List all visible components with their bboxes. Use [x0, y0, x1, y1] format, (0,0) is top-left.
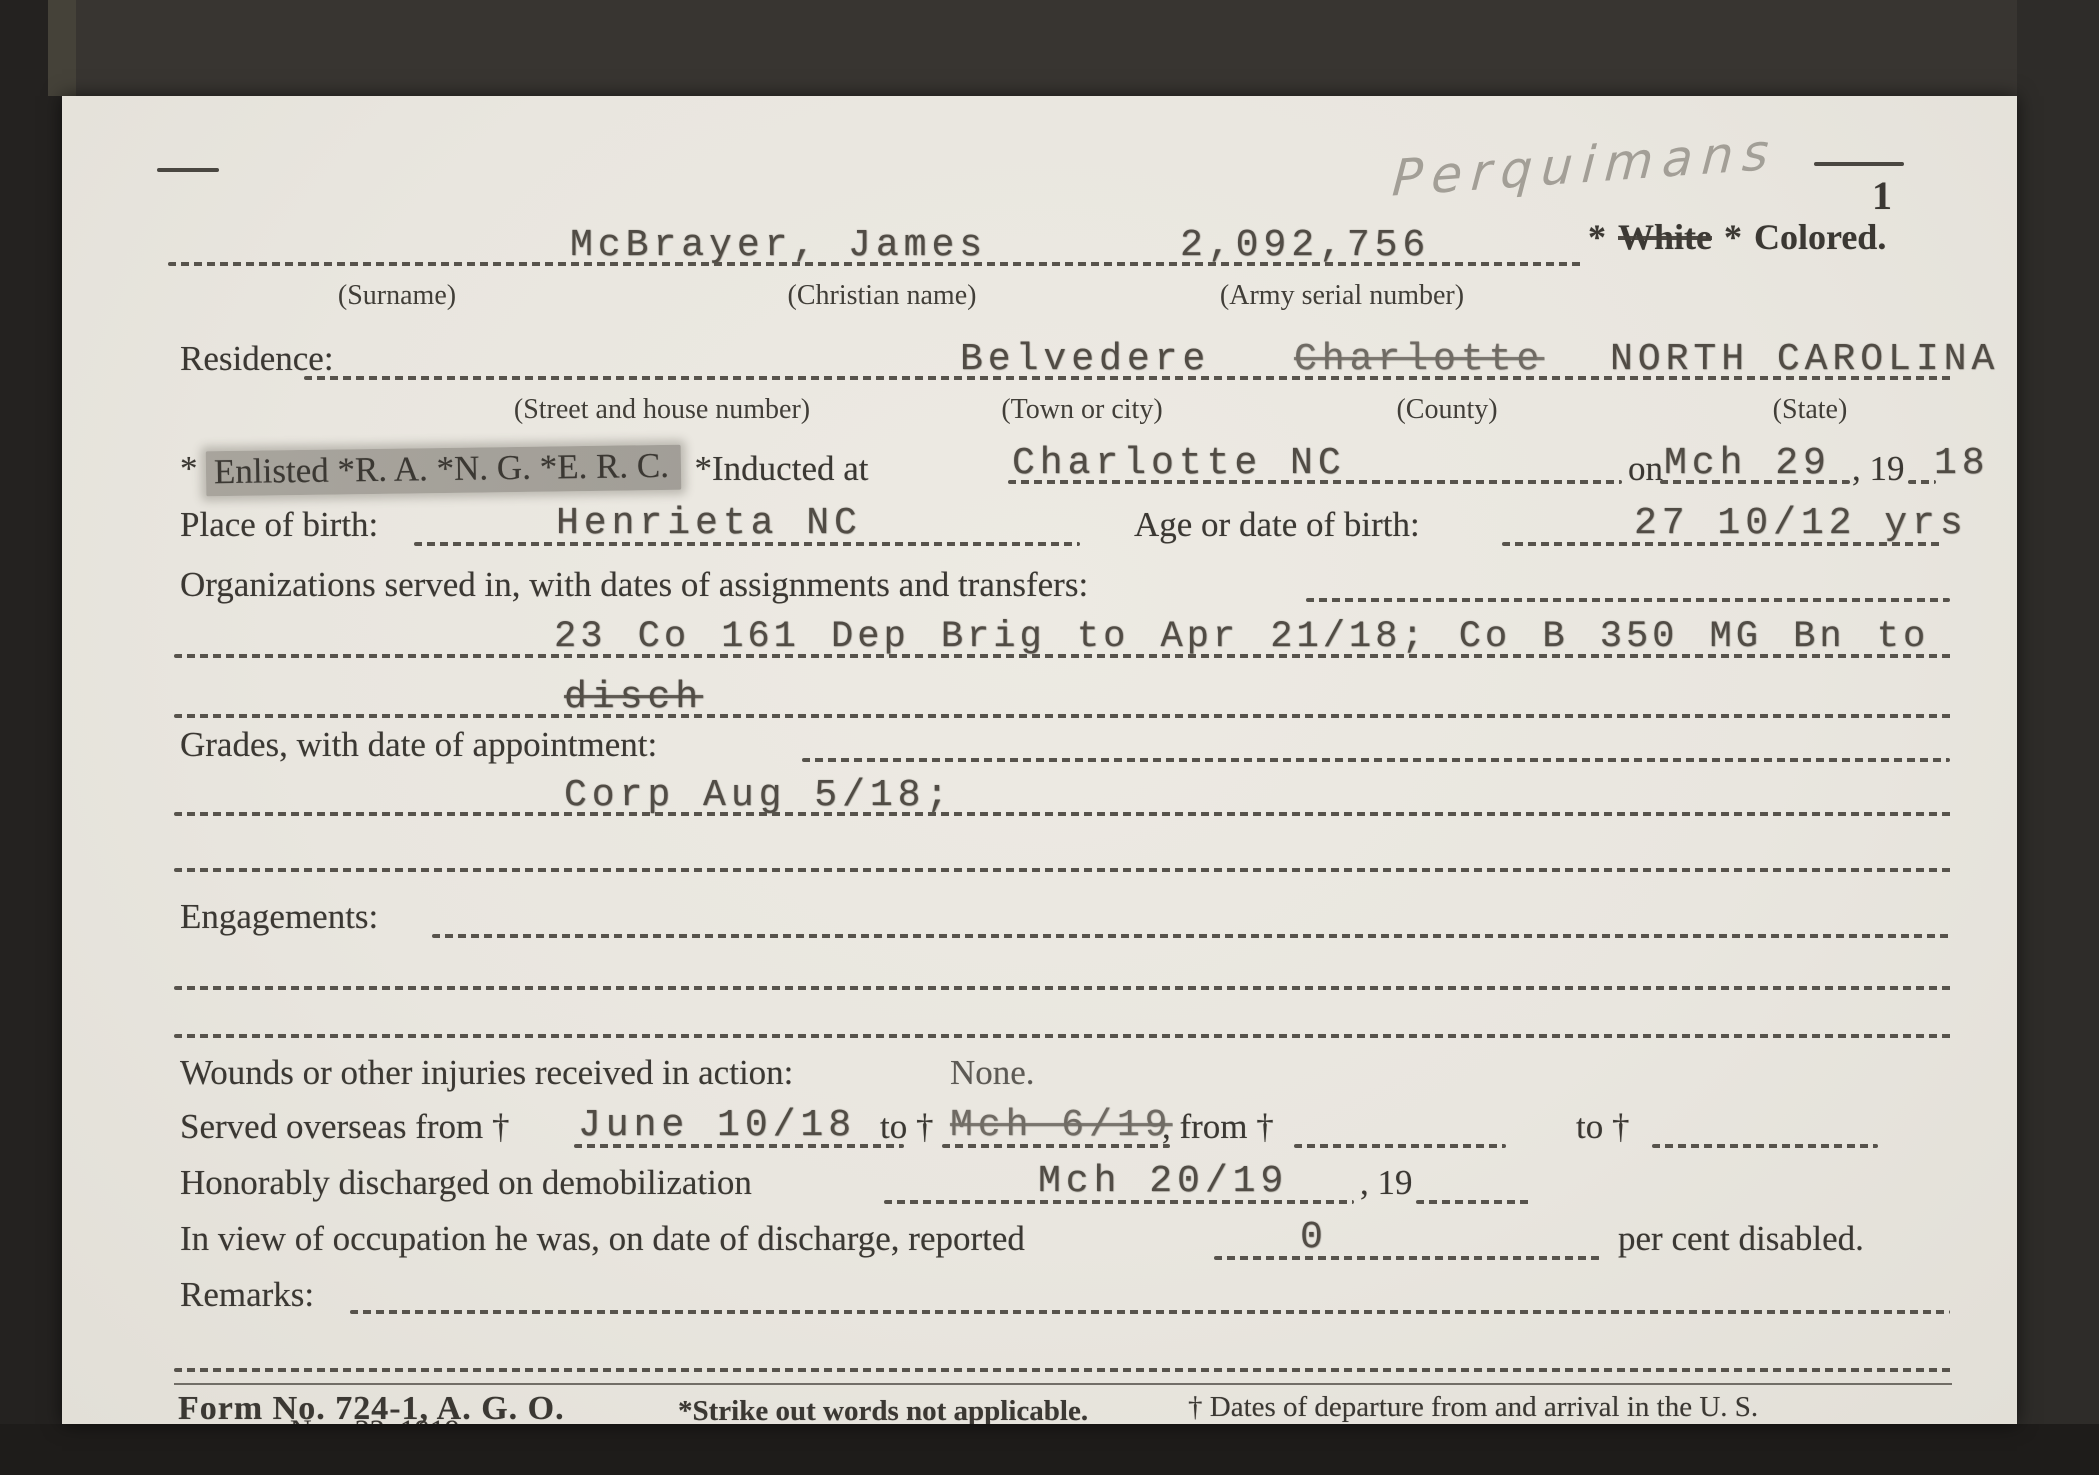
discharge-label: Honorably discharged on demobilization — [180, 1164, 752, 1203]
scan-border-top — [0, 0, 2099, 96]
age-label: Age or date of birth: — [1134, 506, 1420, 545]
disability-underline — [1214, 1256, 1600, 1260]
overseas-from2-underline — [1294, 1144, 1506, 1148]
grades-value-underline — [174, 812, 1952, 816]
overseas-from1-value: June 10/18 — [578, 1104, 856, 1147]
induction-date-value: Mch 29 — [1664, 442, 1831, 485]
scan-border-right — [2017, 0, 2099, 1475]
overseas-to1-struck: Mch 6/19 — [950, 1104, 1172, 1147]
organizations-label: Organizations served in, with dates of a… — [180, 566, 1088, 605]
christian-name-caption: (Christian name) — [752, 280, 1012, 312]
race-star-1: * — [1588, 217, 1606, 257]
remarks-label: Remarks: — [180, 1276, 314, 1315]
surname-caption: (Surname) — [282, 280, 512, 312]
residence-county-struck: Charlotte — [1294, 338, 1544, 381]
induction-year-prefix: , 19 — [1852, 450, 1905, 489]
induction-date-underline — [1660, 480, 1850, 484]
induction-year-underline — [1908, 480, 1936, 484]
overseas-to1-label: to † — [880, 1108, 933, 1147]
scanned-service-record: { "annotations": { "handwritten_county":… — [0, 0, 2099, 1475]
birth-place-value: Henrieta NC — [556, 502, 862, 545]
age-value: 27 10/12 yrs — [1634, 502, 1968, 545]
wounds-value: None. — [950, 1054, 1035, 1093]
top-left-mark — [157, 168, 219, 172]
disability-value: 0 — [1300, 1216, 1328, 1259]
enlistment-options: *Enlisted *R. A. *N. G. *E. R. C.*Induct… — [180, 448, 869, 493]
scan-border-left-light — [48, 0, 76, 96]
overseas-to2-underline — [1652, 1144, 1878, 1148]
race-colored: Colored. — [1754, 217, 1886, 257]
name-value: McBrayer, James — [570, 224, 987, 267]
remarks-underline — [350, 1310, 1950, 1314]
inducted-at-label: *Inducted at — [695, 449, 869, 488]
serial-number-value: 2,092,756 — [1180, 224, 1430, 267]
departure-dates-note: † Dates of departure from and arrival in… — [1188, 1392, 1758, 1424]
state-caption: (State) — [1710, 394, 1910, 426]
induction-on-label: on — [1628, 450, 1663, 489]
birth-place-label: Place of birth: — [180, 506, 378, 545]
overseas-to2-label: to † — [1576, 1108, 1629, 1147]
wounds-label: Wounds or other injuries received in act… — [180, 1054, 793, 1093]
induction-place-underline — [1008, 480, 1622, 484]
overseas-label: Served overseas from † — [180, 1108, 509, 1147]
county-caption: (County) — [1347, 394, 1547, 426]
organizations-line1-underline — [174, 654, 1952, 658]
organizations-line1-value: 23 Co 161 Dep Brig to Apr 21/18; Co B 35… — [554, 616, 1929, 658]
handwritten-county: Perquimans — [1390, 122, 1779, 207]
scan-border-bottom — [0, 1424, 2099, 1475]
serial-number-caption: (Army serial number) — [1192, 280, 1492, 312]
disability-suffix: per cent disabled. — [1618, 1220, 1864, 1259]
race-selection: *White*Colored. — [1588, 218, 1886, 258]
town-caption: (Town or city) — [962, 394, 1202, 426]
discharge-date-value: Mch 20/19 — [1038, 1160, 1288, 1203]
grades-value: Corp Aug 5/18; — [564, 774, 953, 817]
induction-place-value: Charlotte NC — [1012, 442, 1346, 485]
race-star-2: * — [1724, 217, 1742, 257]
discharge-year-prefix: , 19 — [1360, 1164, 1413, 1203]
bottom-rule — [174, 1383, 1952, 1385]
strike-out-note: *Strike out words not applicable. — [678, 1396, 1088, 1424]
disability-label: In view of occupation he was, on date of… — [180, 1220, 1025, 1259]
overseas-to1-underline — [942, 1144, 1170, 1148]
street-caption: (Street and house number) — [502, 394, 822, 426]
grades-label: Grades, with date of appointment: — [180, 726, 657, 765]
grades-label-underline — [802, 758, 1950, 762]
bottom-blank-line — [174, 1368, 1952, 1372]
engagements-underline — [432, 934, 1950, 938]
enlistment-options-struck: Enlisted *R. A. *N. G. *E. R. C. — [205, 445, 681, 496]
name-underline — [168, 262, 1584, 266]
overseas-from1-underline — [574, 1144, 904, 1148]
enlistment-star: * — [180, 449, 198, 488]
residence-label: Residence: — [180, 340, 334, 379]
race-white-struck: White — [1618, 217, 1712, 257]
engagements-blank-line-2 — [174, 1034, 1952, 1038]
residence-state-value: NORTH CAROLINA — [1610, 338, 1999, 381]
residence-town-value: Belvedere — [960, 338, 1210, 381]
discharge-year-underline — [1416, 1200, 1530, 1204]
scan-border-left — [0, 0, 62, 1475]
page-number: 1 — [1872, 174, 1892, 218]
induction-year-value: 18 — [1934, 442, 1990, 485]
organizations-line2-struck: disch — [564, 676, 703, 719]
page-number-overline — [1814, 162, 1904, 166]
organizations-label-underline — [1306, 598, 1950, 602]
engagements-blank-line-1 — [174, 986, 1952, 990]
overseas-from2-label: , from † — [1162, 1108, 1274, 1147]
grades-blank-line — [174, 868, 1952, 872]
engagements-label: Engagements: — [180, 898, 378, 937]
record-card: Perquimans 1 McBrayer, James 2,092,756 *… — [62, 96, 2017, 1424]
form-date: Nov. 22, 1919 — [290, 1414, 460, 1424]
organizations-line2-underline — [174, 714, 1952, 718]
